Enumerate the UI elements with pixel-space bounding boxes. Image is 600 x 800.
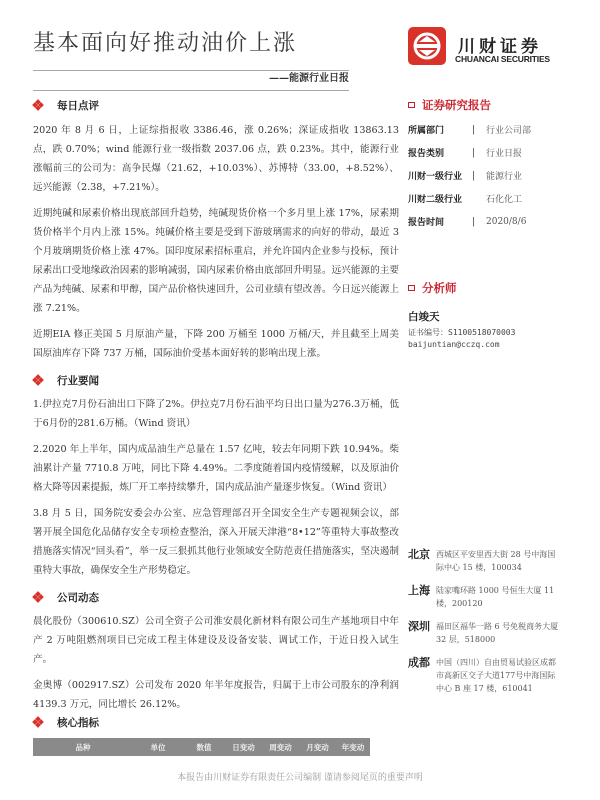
- paragraph: 近期EIA 修正美国 5 月原油产量，下降 200 万桶至 1000 万桶/天，…: [33, 325, 399, 363]
- info-row: 川财一级行业 | 能源行业: [408, 164, 588, 187]
- column-header: 日变动: [225, 742, 262, 753]
- analyst-heading: 分析师: [408, 279, 588, 297]
- analyst-certificate: 证书编号：S1100518070003: [408, 327, 588, 339]
- red-square-icon: [408, 102, 415, 108]
- column-header: 品种: [33, 742, 133, 753]
- chuancai-logo-icon: [408, 27, 446, 65]
- info-row: 所属部门 | 行业公司部: [408, 118, 588, 141]
- section-heading-daily-review: 每日点评: [33, 96, 399, 114]
- red-diamond-icon: [33, 375, 43, 385]
- report-info-heading: 证券研究报告: [408, 96, 588, 114]
- sidebar: 证券研究报告 所属部门 | 行业公司部 报告类别 | 行业日报 川财一级行业 |…: [408, 96, 588, 351]
- section-heading-industry-news: 行业要闻: [33, 371, 399, 389]
- info-row: 报告类别 | 行业日报: [408, 141, 588, 164]
- report-title: 基本面向好推动油价上涨: [33, 26, 297, 57]
- paragraph: 3.8 月 5 日，国务院安委会办公室、应急管理部召开全国安全生产专题视频会议，…: [33, 504, 399, 580]
- red-square-icon: [408, 285, 415, 291]
- column-header: 月变动: [299, 742, 336, 753]
- column-header: 年变动: [336, 742, 370, 753]
- column-header: 数值: [183, 742, 225, 753]
- section-heading-core-indicators: 核心指标: [33, 713, 99, 731]
- logo-english-name: CHUANCAI SECURITIES: [455, 54, 550, 64]
- paragraph: 近期纯碱和尿素价格出现底部回升趋势，纯碱现货价格一个多月里上涨 17%，尿素期货…: [33, 204, 399, 318]
- report-info-list: 所属部门 | 行业公司部 报告类别 | 行业日报 川财一级行业 | 能源行业 川…: [408, 118, 588, 233]
- main-content: 每日点评 2020 年 8 月 6 日，上证综指报收 3386.46，涨 0.2…: [33, 96, 399, 714]
- info-row: 川财二级行业 石化化工: [408, 187, 588, 210]
- analyst-email[interactable]: baijuntian@cczq.com: [408, 339, 588, 351]
- section-heading-company-news: 公司动态: [33, 588, 399, 606]
- paragraph: 金奥博（002917.SZ）公司发布 2020 年半年度报告，归属于上市公司股东…: [33, 676, 399, 714]
- report-subtitle: ——能源行业日报: [269, 69, 349, 84]
- info-row: 报告时间 | 2020/8/6: [408, 210, 588, 233]
- red-diamond-icon: [33, 717, 43, 727]
- company-logo: 川财证券 CHUANCAI SECURITIES: [408, 27, 578, 72]
- subtitle-divider: [33, 90, 349, 91]
- paragraph: 2.2020 年上半年，国内成品油生产总量在 1.57 亿吨，较去年同期下跌 1…: [33, 440, 399, 497]
- red-diamond-icon: [33, 100, 43, 110]
- footer-disclaimer: 本报告由川财证券有限责任公司编制 谨请参阅尾页的重要声明: [0, 770, 600, 783]
- paragraph: 晨化股份（300610.SZ）公司全资子公司淮安晨化新材料有限公司生产基地项目中…: [33, 612, 399, 669]
- paragraph: 1.伊拉克7月份石油出口下降了2%。伊拉克7月份石油平均日出口量为276.3万桶…: [33, 395, 399, 433]
- column-header: 周变动: [262, 742, 299, 753]
- analyst-name: 白竣天: [408, 309, 588, 324]
- core-indicators-table-header: 品种 单位 数值 日变动 周变动 月变动 年变动: [33, 738, 370, 756]
- red-diamond-icon: [33, 592, 43, 602]
- column-header: 单位: [133, 742, 183, 753]
- paragraph: 2020 年 8 月 6 日，上证综指报收 3386.46，涨 0.26%；深证…: [33, 121, 399, 197]
